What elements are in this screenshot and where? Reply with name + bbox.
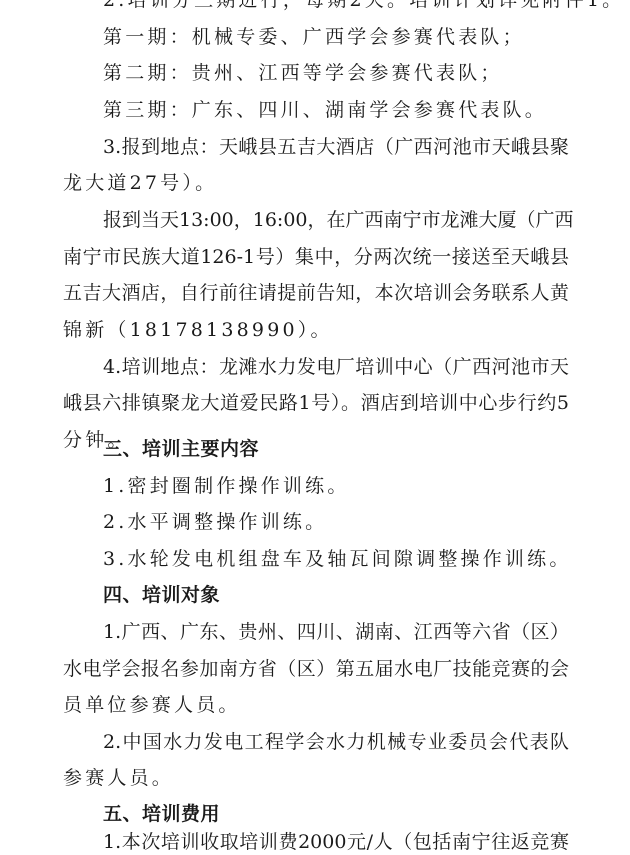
paragraph-period-1: 第一期：机械专委、广西学会参赛代表队；: [103, 25, 525, 49]
list-item-content-2: 2.水平调整操作训练。: [103, 510, 327, 534]
paragraph-contact-phone: 锦新（18178138990）。: [63, 318, 333, 342]
paragraph-checkin-location-cont: 龙大道27号）。: [63, 171, 217, 195]
paragraph-schedule-periods: 2.培训分三期进行，每期2天。培训计划详见附件1。: [103, 0, 624, 12]
paragraph-training-location: 4.培训地点：龙滩水力发电厂培训中心（广西河池市天: [103, 355, 569, 379]
paragraph-period-3: 第三期：广东、四川、湖南学会参赛代表队。: [103, 98, 547, 122]
paragraph-audience-2-cont: 参赛人员。: [63, 766, 174, 790]
paragraph-training-location-cont-1: 峨县六排镇聚龙大道爱民路1号）。酒店到培训中心步行约5: [63, 391, 569, 415]
section-heading-audience: 四、培训对象: [103, 583, 220, 607]
list-item-content-3: 3.水轮发电机组盘车及轴瓦间隙调整操作训练。: [103, 547, 572, 571]
section-heading-content: 三、培训主要内容: [103, 437, 259, 461]
paragraph-audience-1: 1.广西、广东、贵州、四川、湖南、江西等六省（区）: [103, 620, 569, 644]
list-item-content-1: 1.密封圈制作操作训练。: [103, 474, 350, 498]
paragraph-checkin-time: 报到当天13:00，16:00，在广西南宁市龙滩大厦（广西: [103, 208, 569, 232]
paragraph-checkin-time-cont-1: 南宁市民族大道126-1号）集中，分两次统一接送至天峨县: [63, 245, 569, 269]
paragraph-period-2: 第二期：贵州、江西等学会参赛代表队；: [103, 61, 503, 85]
paragraph-audience-1-cont-1: 水电学会报名参加南方省（区）第五届水电厂技能竞赛的会: [63, 657, 569, 681]
paragraph-audience-1-cont-2: 员单位参赛人员。: [63, 693, 241, 717]
paragraph-checkin-location: 3.报到地点：天峨县五吉大酒店（广西河池市天峨县聚: [103, 135, 569, 159]
paragraph-audience-2: 2.中国水力发电工程学会水力机械专业委员会代表队: [103, 730, 569, 754]
section-heading-fees: 五、培训费用: [103, 802, 220, 826]
paragraph-checkin-time-cont-2: 五吉大酒店，自行前往请提前告知，本次培训会务联系人黄: [63, 281, 569, 305]
paragraph-fee-1: 1.本次培训收取培训费2000元/人（包括南宁往返竞赛: [103, 830, 569, 854]
document-page: 2.培训分三期进行，每期2天。培训计划详见附件1。 第一期：机械专委、广西学会参…: [0, 0, 630, 855]
